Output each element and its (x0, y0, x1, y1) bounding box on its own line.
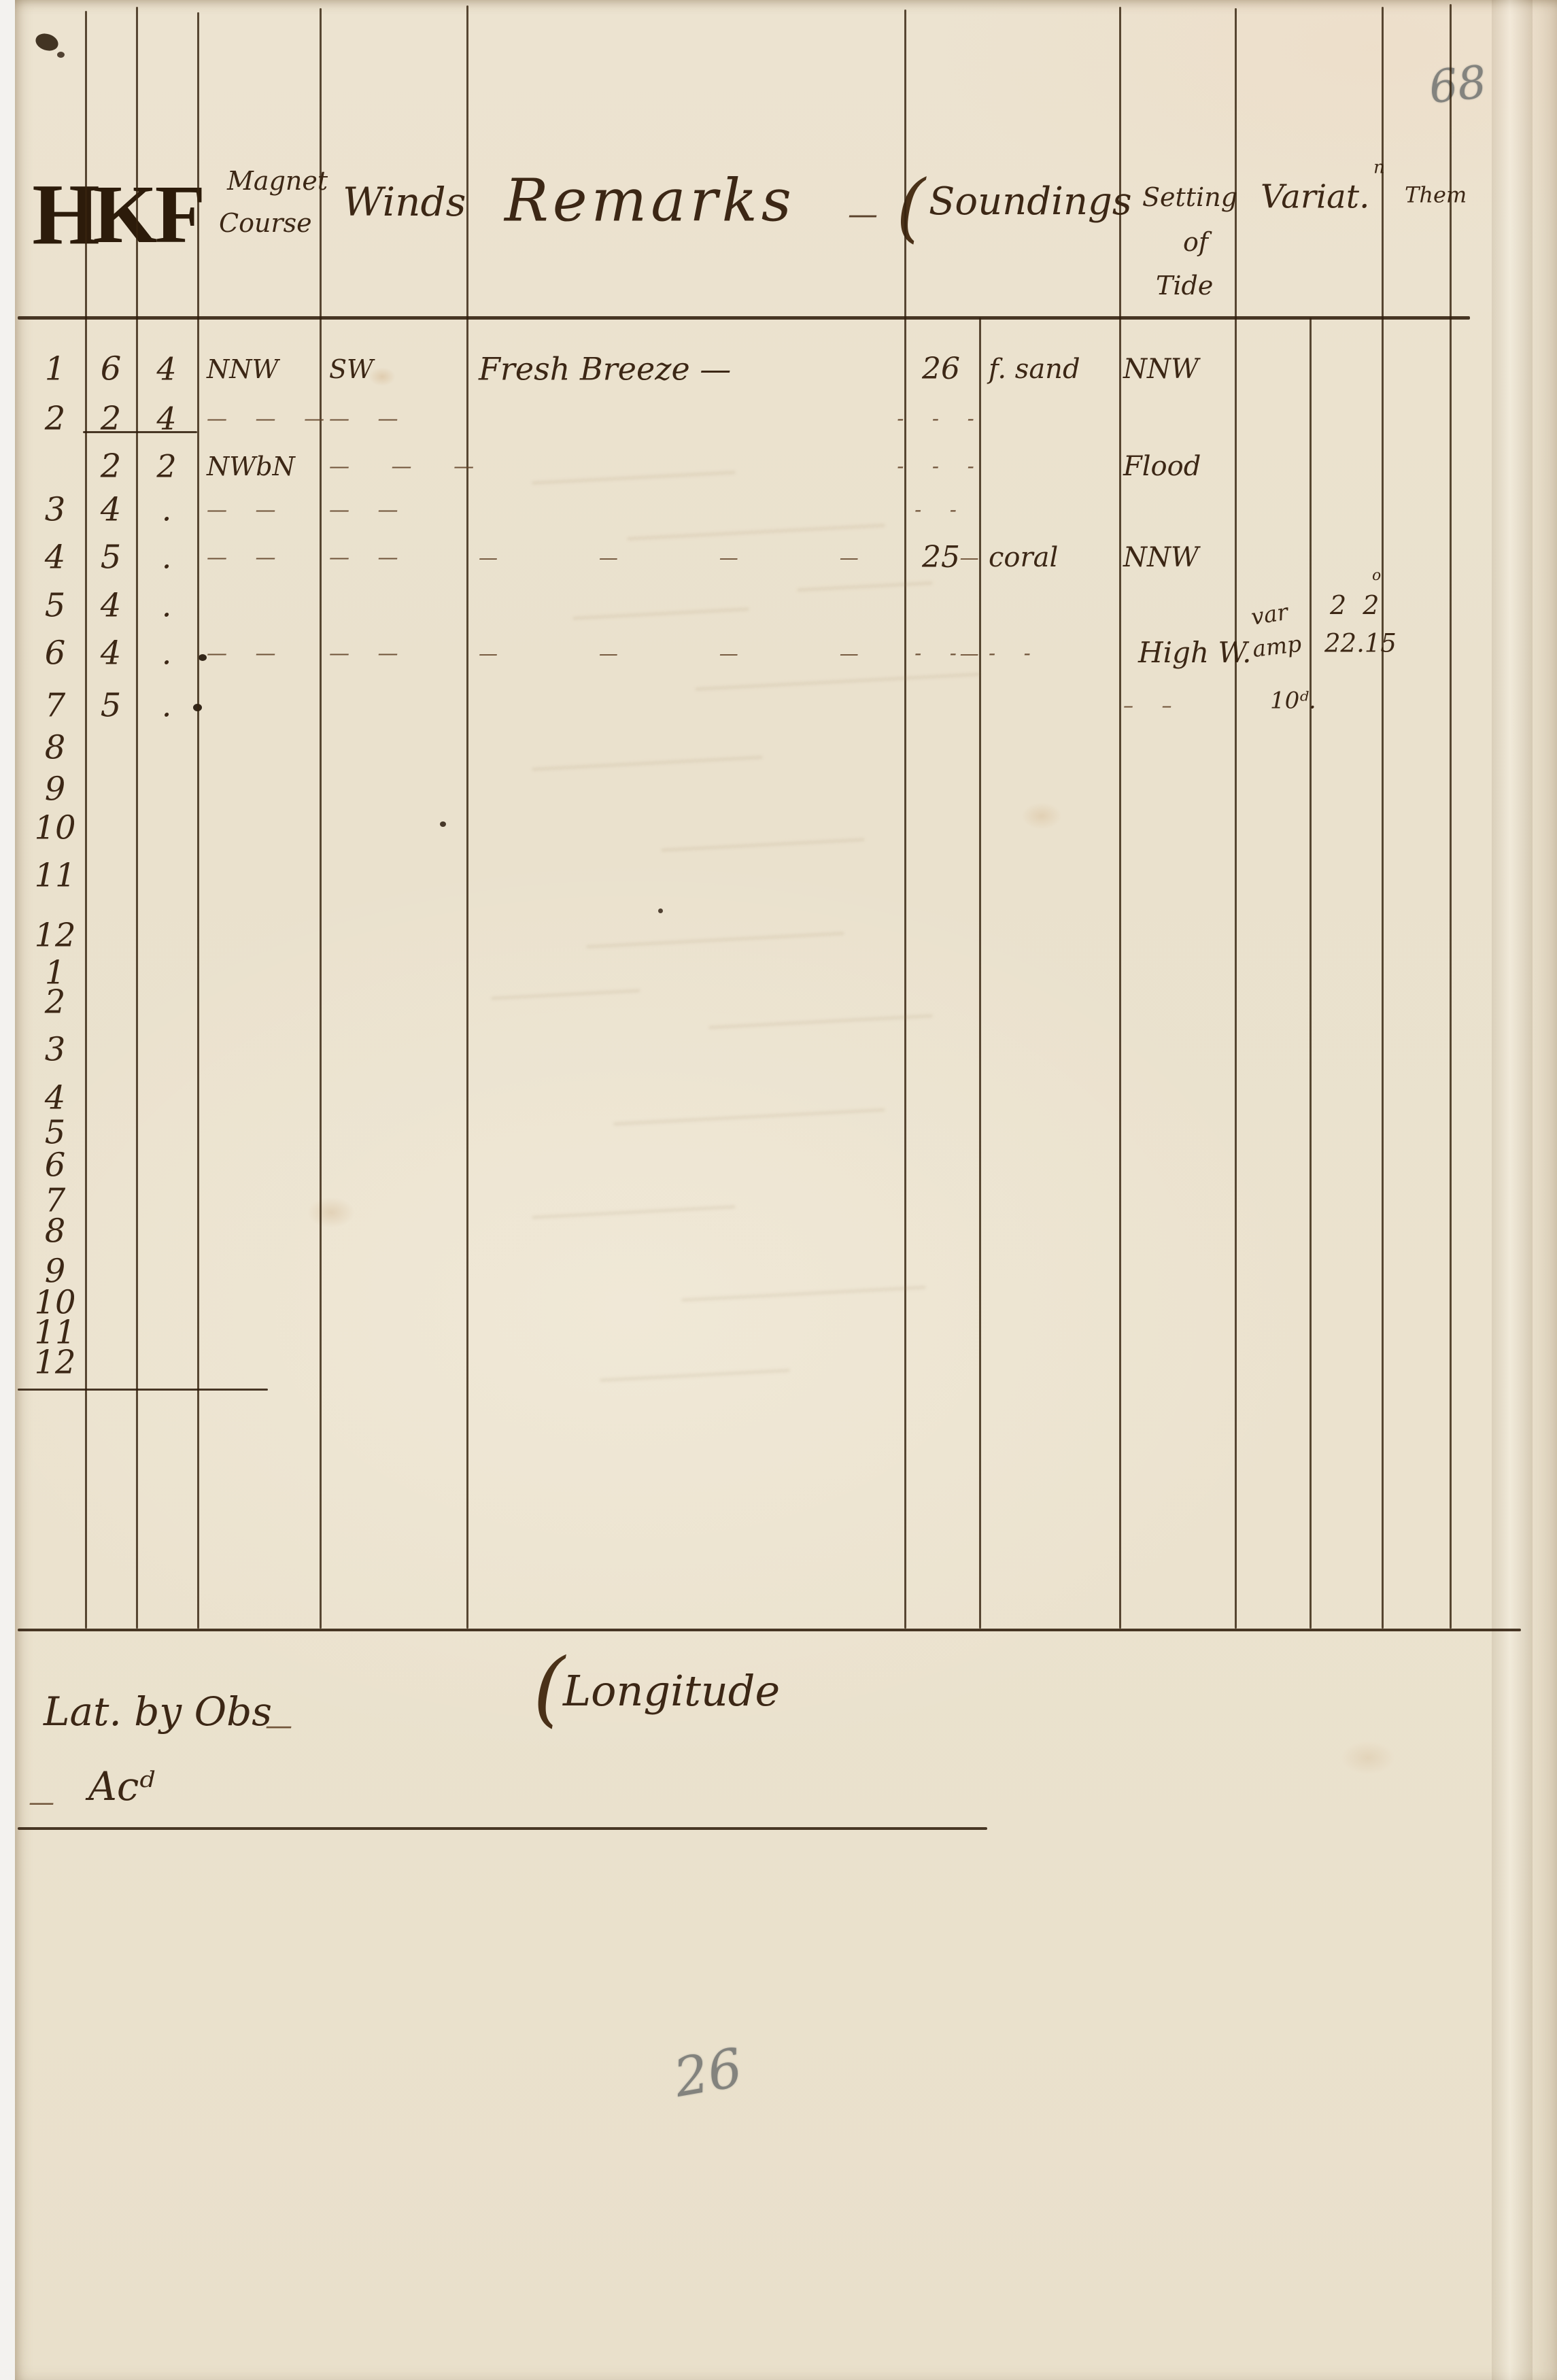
soundings-bottom-type: - - (989, 644, 1042, 664)
hour-value: 2 (45, 986, 66, 1019)
column-header-thermometer: Them (1405, 184, 1467, 205)
column-rule-line (979, 318, 981, 1629)
winds-value: — — (329, 548, 409, 568)
column-rule-line (1235, 8, 1237, 1629)
soundings-depth: 26 (922, 354, 960, 384)
hour-value: 9 (45, 1255, 66, 1288)
magnet-course-value: — — (207, 548, 287, 568)
knots-value: 4 (101, 590, 122, 622)
longitude-label: Longitude (563, 1670, 780, 1712)
hour-value: 3 (45, 1034, 66, 1066)
ink-bleedthrough-ghost (491, 989, 640, 1000)
pencil-page-number: 68 (1427, 60, 1488, 110)
column-header-magnet-course-line1: Magnet (227, 168, 328, 194)
knots-value: 6 (101, 353, 122, 386)
hour-value: 12 (34, 1346, 75, 1379)
hour-value: 7 (45, 690, 66, 722)
column-header-winds: Winds (343, 182, 466, 222)
longitude-flourish: ( (533, 1648, 565, 1730)
hour-value: 8 (45, 732, 66, 764)
knots-value: 5 (101, 690, 122, 722)
knots-value: 2 (101, 403, 122, 435)
column-rule-line (1450, 4, 1452, 1629)
account-label: Acᵈ (88, 1767, 155, 1806)
magnet-course-value: NWbN (207, 454, 295, 479)
remarks-header-dash: — (848, 200, 878, 230)
row-rule-line (18, 316, 1470, 320)
column-rule-line (466, 5, 468, 1629)
winds-value: SW (329, 356, 373, 382)
column-header-soundings: Soundings (929, 183, 1132, 221)
column-header-hours: H (32, 171, 100, 258)
variation-by-amplitude-amp: amp (1251, 632, 1303, 661)
soundings-header-flourish: ( (896, 170, 925, 245)
row-rule-line (18, 1827, 987, 1830)
row-rule-line (18, 1389, 268, 1391)
ink-bleedthrough-ghost (532, 755, 763, 771)
soundings-bottom-type: f. sand (989, 356, 1080, 383)
hour-value: 9 (45, 773, 66, 806)
hour-value: 2 (45, 403, 66, 435)
pencil-bottom-number: 26 (670, 2041, 746, 2105)
variation-degrees: 2 2 (1330, 592, 1383, 618)
fox-spot (307, 1197, 355, 1228)
column-rule-line (197, 12, 199, 1629)
ink-smudge (33, 31, 61, 53)
magnet-course-value: NNW (207, 356, 279, 382)
fathoms-value: 2 (156, 451, 176, 482)
column-header-tide-line2: of (1183, 229, 1208, 255)
ink-speck (199, 654, 207, 661)
fathoms-value: . (162, 638, 172, 669)
column-header-tide-line1: Setting (1142, 184, 1237, 210)
remarks-text: Fresh Breeze — (479, 354, 731, 385)
ink-bleedthrough-ghost (681, 1286, 926, 1302)
ink-smudge-small (57, 52, 65, 58)
variation-label: Variat. (1261, 178, 1369, 216)
hour-value: 12 (34, 919, 75, 952)
fathoms-value: . (162, 590, 172, 622)
row-rule-line (18, 1629, 1521, 1631)
hour-value: 6 (45, 1149, 66, 1182)
column-header-knots: K (93, 173, 158, 256)
column-rule-line (85, 11, 87, 1629)
column-rule-line (904, 10, 906, 1629)
column-rule-line (1119, 7, 1121, 1629)
variation-minutes: 22.15 (1324, 631, 1397, 656)
ink-bleedthrough-ghost (613, 1108, 885, 1126)
knots-value: 4 (101, 494, 122, 526)
soundings-depth: - - - (897, 409, 985, 430)
winds-value: — — — (329, 457, 492, 477)
ink-bleedthrough-ghost (661, 838, 865, 852)
soundings-depth: - - - (897, 457, 985, 477)
column-rule-line (1382, 7, 1384, 1629)
hour-value: 11 (34, 860, 75, 892)
hour-value: 3 (45, 494, 66, 526)
hour-value: 5 (45, 590, 66, 622)
tide-setting-value: Flood (1123, 453, 1201, 480)
ink-bleedthrough-ghost (572, 607, 749, 620)
soundings-depth: - - (914, 644, 968, 664)
ink-bleedthrough-ghost (532, 1205, 736, 1219)
magnet-course-value: — — — (207, 409, 335, 430)
fathoms-value: . (162, 542, 172, 573)
latitude-dash: — (265, 1712, 292, 1739)
knots-value: 4 (101, 637, 122, 670)
ink-bleedthrough-ghost (586, 932, 844, 949)
fathoms-value: 4 (156, 403, 176, 435)
fathoms-value: 4 (156, 354, 176, 385)
knots-value: 5 (101, 541, 122, 574)
logbook-page-scan: H K F Magnet Course Winds Remarks — ( So… (0, 0, 1557, 2380)
hour-value: 1 (45, 353, 66, 386)
column-rule-line (136, 7, 138, 1629)
soundings-depth: 25 (922, 543, 960, 573)
ink-bleedthrough-ghost (797, 581, 933, 592)
column-header-tide-line3: Tide (1156, 273, 1213, 299)
tide-setting-value: NNW (1123, 544, 1199, 571)
hour-value: 4 (45, 541, 66, 574)
ink-speck (658, 908, 663, 913)
hour-value: 10 (34, 812, 75, 845)
magnet-course-value: — — (207, 644, 287, 664)
fox-spot (1021, 802, 1062, 830)
hour-value: 4 (45, 1082, 66, 1115)
ink-bleedthrough-ghost (532, 471, 736, 485)
fathoms-value: . (162, 494, 172, 526)
tide-setting-value: – – (1123, 696, 1183, 717)
ink-bleedthrough-ghost (627, 524, 885, 541)
column-header-remarks: Remarks (504, 172, 795, 231)
hour-value: 5 (45, 1117, 66, 1149)
fathoms-value: . (162, 690, 172, 721)
account-dash: — (29, 1789, 54, 1815)
column-header-magnet-course-line2: Course (219, 210, 312, 236)
paper-sheet: H K F Magnet Course Winds Remarks — ( So… (15, 0, 1557, 2380)
column-rule-line (320, 8, 322, 1629)
ink-bleedthrough-ghost (695, 673, 980, 691)
winds-value: — — (329, 409, 409, 430)
magnet-course-value: — — (207, 500, 287, 521)
paper-crease (1492, 0, 1533, 2380)
ink-bleedthrough-ghost (708, 1014, 933, 1029)
knots-value: 2 (101, 450, 122, 483)
latitude-by-observation-label: Lat. by Obs (44, 1692, 272, 1731)
column-header-variation: Variat. (1261, 181, 1369, 214)
degree-symbol: o (1372, 568, 1381, 583)
hour-value: 8 (45, 1215, 66, 1248)
hour-value: 6 (45, 637, 66, 670)
winds-value: — — (329, 644, 409, 664)
winds-value: — — (329, 500, 409, 521)
ink-bleedthrough-ghost (600, 1369, 790, 1382)
variation-by-amplitude-var: var (1250, 600, 1290, 628)
ink-speck (440, 821, 446, 827)
fox-spot (1341, 1741, 1395, 1775)
tide-setting-value: NNW (1123, 356, 1199, 383)
soundings-bottom-type: coral (989, 544, 1058, 571)
soundings-depth: - - (914, 500, 968, 521)
column-rule-line (1310, 318, 1312, 1629)
